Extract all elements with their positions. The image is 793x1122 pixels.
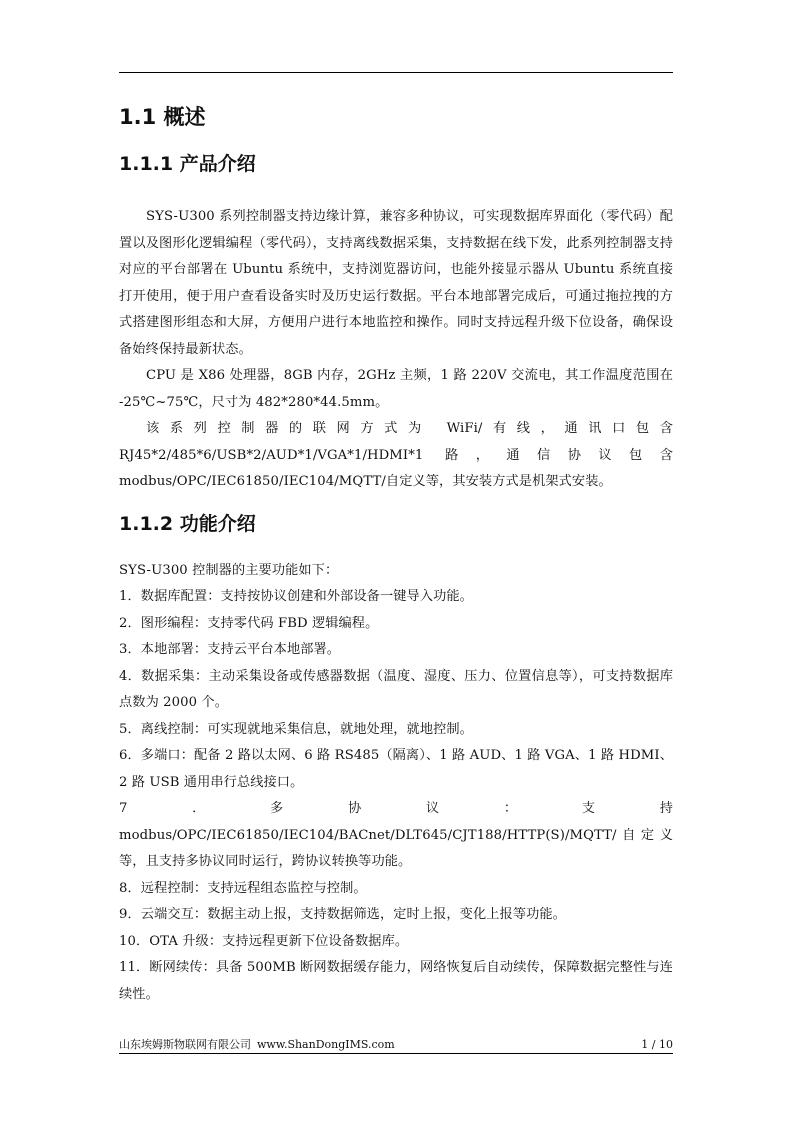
function-lead: SYS-U300 控制器的主要功能如下：	[119, 558, 673, 585]
product-intro-paragraph: SYS-U300 系列控制器支持边缘计算，兼容多种协议，可实现数据库界面化（零代…	[119, 204, 673, 363]
section-heading-overview: 1.1 概述	[119, 96, 673, 138]
function-item: 3．本地部署：支持云平台本地部署。	[119, 637, 673, 664]
page-footer: 山东埃姆斯物联网有限公司www.ShanDongIMS.com 1 / 10	[119, 1037, 673, 1053]
function-item: 9．云端交互：数据主动上报，支持数据筛选，定时上报，变化上报等功能。	[119, 902, 673, 929]
function-item: 2．图形编程：支持零代码 FBD 逻辑编程。	[119, 611, 673, 638]
function-item: 4．数据采集：主动采集设备或传感器数据（温度、湿度、压力、位置信息等），可支持数…	[119, 664, 673, 717]
function-item: 1．数据库配置：支持按协议创建和外部设备一键导入功能。	[119, 584, 673, 611]
page-content: 1.1 概述 1.1.1 产品介绍 SYS-U300 系列控制器支持边缘计算，兼…	[119, 96, 673, 1008]
subsection-heading-product-intro: 1.1.1 产品介绍	[119, 144, 673, 184]
product-network-paragraph: 该系列控制器的联网方式为 WiFi/有线，通讯口包含 RJ45*2/485*6/…	[119, 416, 673, 496]
function-item: 6．多端口：配备 2 路以太网、6 路 RS485（隔离）、1 路 AUD、1 …	[119, 743, 673, 796]
function-item: 7．多协议：支持 modbus/OPC/IEC61850/IEC104/BACn…	[119, 796, 673, 876]
footer-website: www.ShanDongIMS.com	[257, 1038, 395, 1051]
function-item: 5．离线控制：可实现就地采集信息，就地处理，就地控制。	[119, 717, 673, 744]
product-spec-paragraph: CPU 是 X86 处理器，8GB 内存，2GHz 主频，1 路 220V 交流…	[119, 363, 673, 416]
subsection-heading-function-intro: 1.1.2 功能介绍	[119, 504, 673, 544]
function-item: 8．远程控制：支持远程组态监控与控制。	[119, 876, 673, 903]
page-number: 1 / 10	[641, 1037, 673, 1053]
header-rule	[119, 72, 673, 73]
function-item: 11．断网续传：具备 500MB 断网数据缓存能力，网络恢复后自动续传，保障数据…	[119, 955, 673, 1008]
function-item: 10．OTA 升级：支持远程更新下位设备数据库。	[119, 929, 673, 956]
footer-rule	[119, 1053, 673, 1054]
footer-left: 山东埃姆斯物联网有限公司www.ShanDongIMS.com	[119, 1037, 395, 1053]
footer-company: 山东埃姆斯物联网有限公司	[119, 1038, 251, 1051]
